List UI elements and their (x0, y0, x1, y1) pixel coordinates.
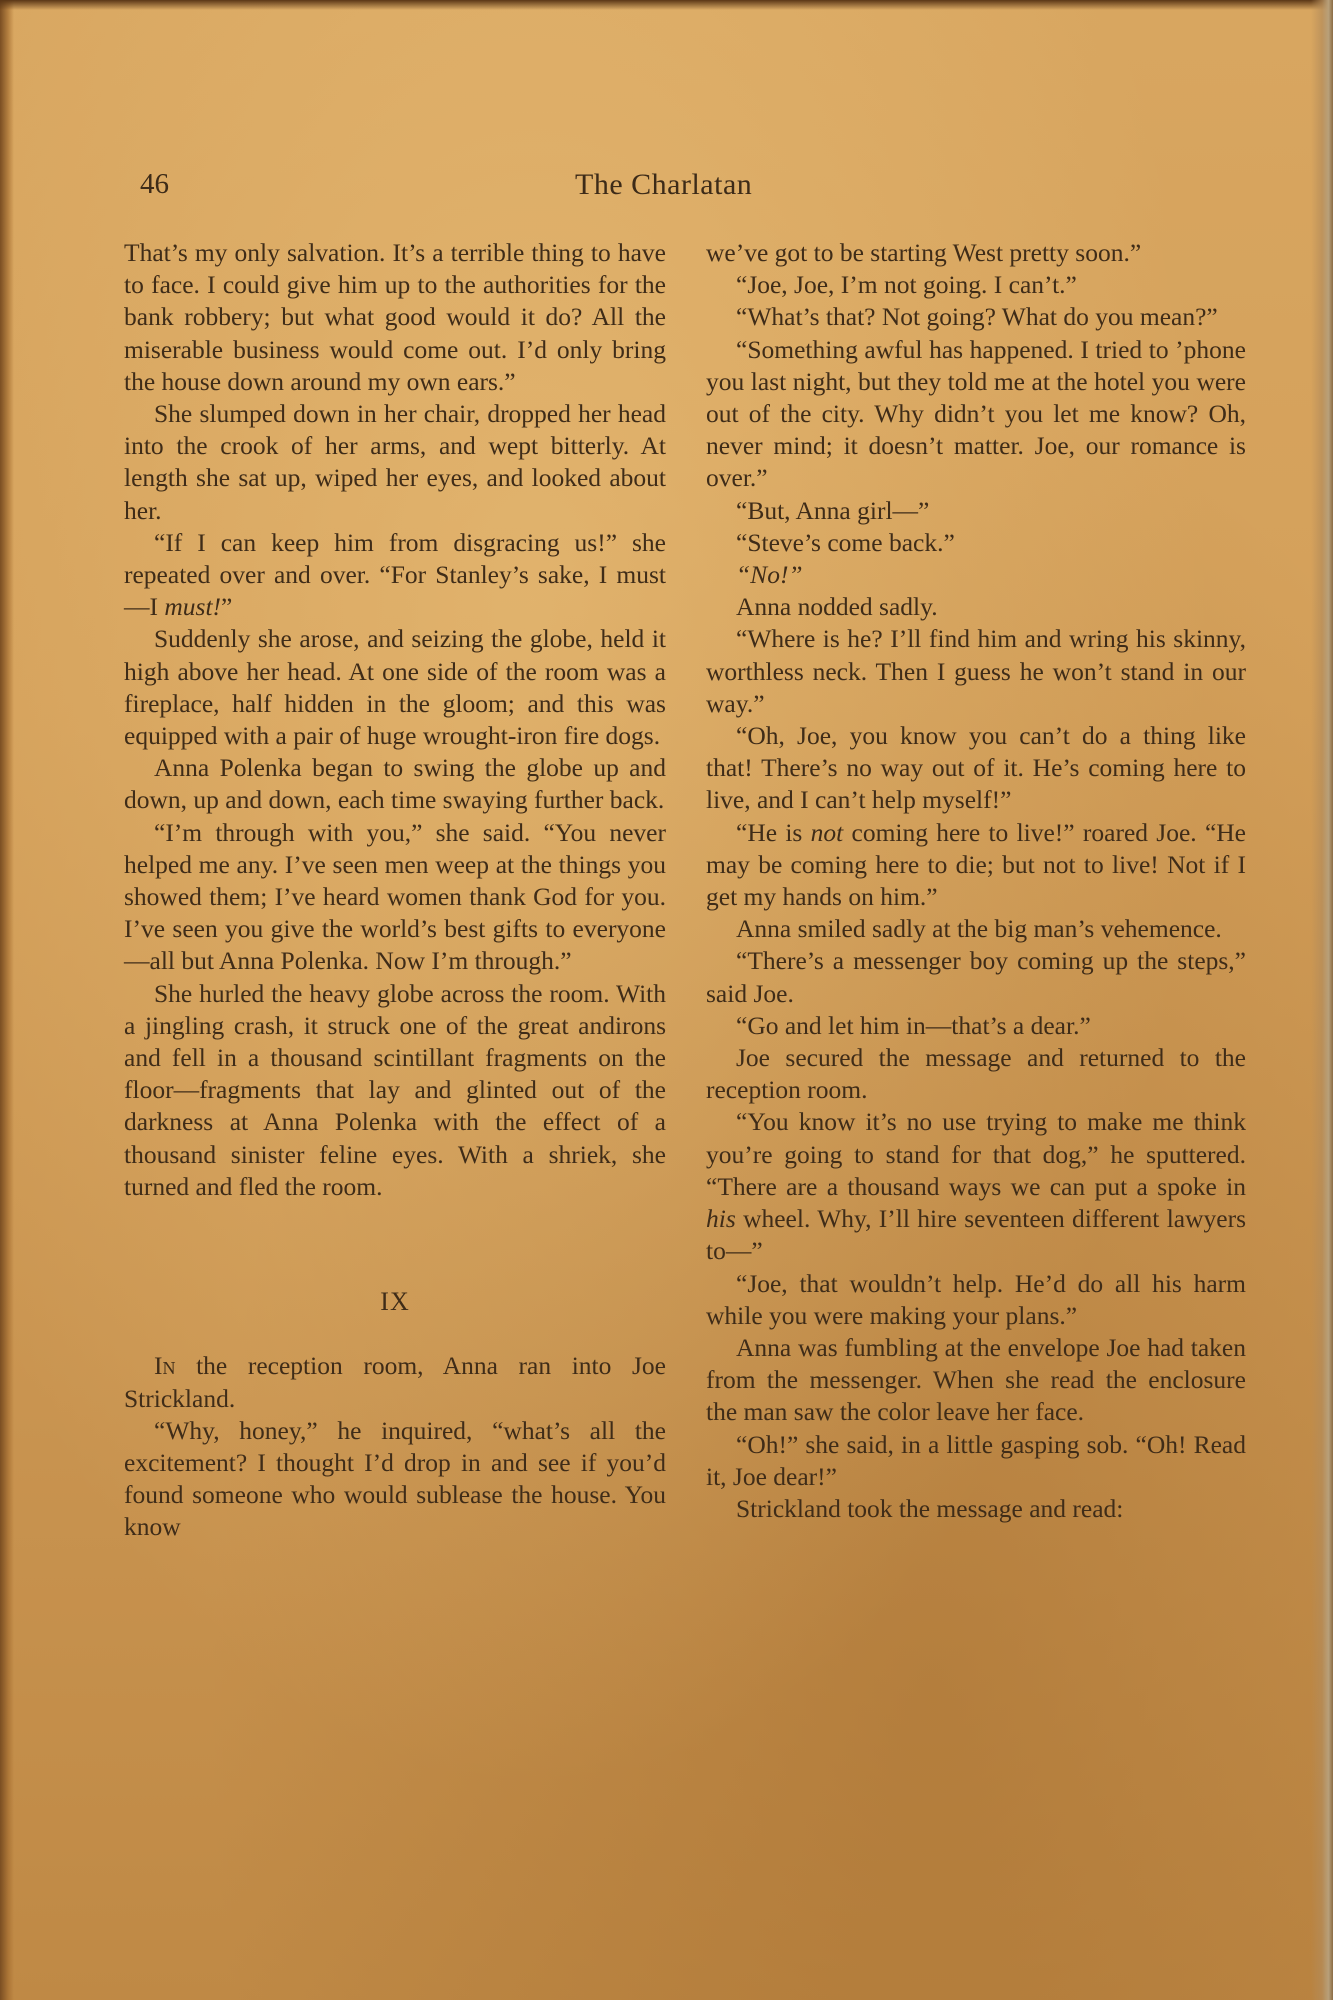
paragraph: “If I can keep him from disgracing us!” … (124, 527, 666, 624)
paragraph: “But, Anna girl—” (706, 495, 1246, 527)
paragraph: She hurled the heavy globe across the ro… (124, 978, 666, 1203)
chapter-heading: IX (124, 1286, 666, 1318)
book-page: 46 The Charlatan That’s my only salvatio… (0, 0, 1333, 2000)
page-top-edge (0, 0, 1333, 10)
italic-emphasis: must! (164, 592, 221, 621)
paragraph: “Something awful has happened. I tried t… (706, 334, 1246, 495)
paragraph: we’ve got to be starting West pretty soo… (706, 237, 1246, 269)
paragraph: “There’s a messenger boy coming up the s… (706, 945, 1246, 1009)
paragraph: Joe secured the message and returned to … (706, 1042, 1246, 1106)
paragraph: “Oh, Joe, you know you can’t do a thing … (706, 720, 1246, 817)
paragraph: That’s my only salvation. It’s a terribl… (124, 237, 666, 398)
paragraph: “I’m through with you,” she said. “You n… (124, 817, 666, 978)
left-column-text: That’s my only salvation. It’s a terribl… (124, 237, 666, 1203)
paragraph: Strickland took the message and read: (706, 1493, 1246, 1525)
paragraph: “What’s that? Not going? What do you mea… (706, 301, 1246, 333)
paragraph: Anna smiled sadly at the big man’s vehem… (706, 913, 1246, 945)
paragraph: “No!” (706, 559, 1246, 591)
page-number: 46 (140, 168, 169, 201)
paragraph: She slumped down in her chair, dropped h… (124, 398, 666, 527)
paragraph: Anna nodded sadly. (706, 591, 1246, 623)
right-column: we’ve got to be starting West pretty soo… (706, 237, 1246, 1525)
paragraph: “Steve’s come back.” (706, 527, 1246, 559)
paragraph: Anna was fumbling at the envelope Joe ha… (706, 1332, 1246, 1429)
paragraph: In the reception room, Anna ran into Joe… (124, 1350, 666, 1414)
paragraph: Anna Polenka began to swing the globe up… (124, 752, 666, 816)
paragraph: “Oh!” she said, in a little gasping sob.… (706, 1429, 1246, 1493)
paragraph: “Joe, Joe, I’m not going. I can’t.” (706, 269, 1246, 301)
paragraph: “You know it’s no use trying to make me … (706, 1106, 1246, 1267)
running-head: 46 The Charlatan (140, 168, 1250, 208)
paragraph: “Where is he? I’ll find him and wring hi… (706, 623, 1246, 720)
italic-emphasis: “No!” (736, 560, 803, 589)
left-column: That’s my only salvation. It’s a terribl… (124, 237, 666, 1544)
italic-emphasis: not (811, 818, 844, 847)
paragraph: “He is not coming here to live!” roared … (706, 817, 1246, 914)
paragraph: Suddenly she arose, and seizing the glob… (124, 623, 666, 752)
paragraph: “Why, honey,” he inquired, “what’s all t… (124, 1415, 666, 1544)
paragraph: “Joe, that wouldn’t help. He’d do all hi… (706, 1268, 1246, 1332)
paragraph: “Go and let him in—that’s a dear.” (706, 1010, 1246, 1042)
book-title: The Charlatan (575, 168, 752, 202)
right-column-text: we’ve got to be starting West pretty soo… (706, 237, 1246, 1525)
chapter-opening-text: In the reception room, Anna ran into Joe… (124, 1350, 666, 1543)
drop-lead-smallcaps: In (154, 1351, 176, 1380)
italic-emphasis: his (706, 1204, 736, 1233)
